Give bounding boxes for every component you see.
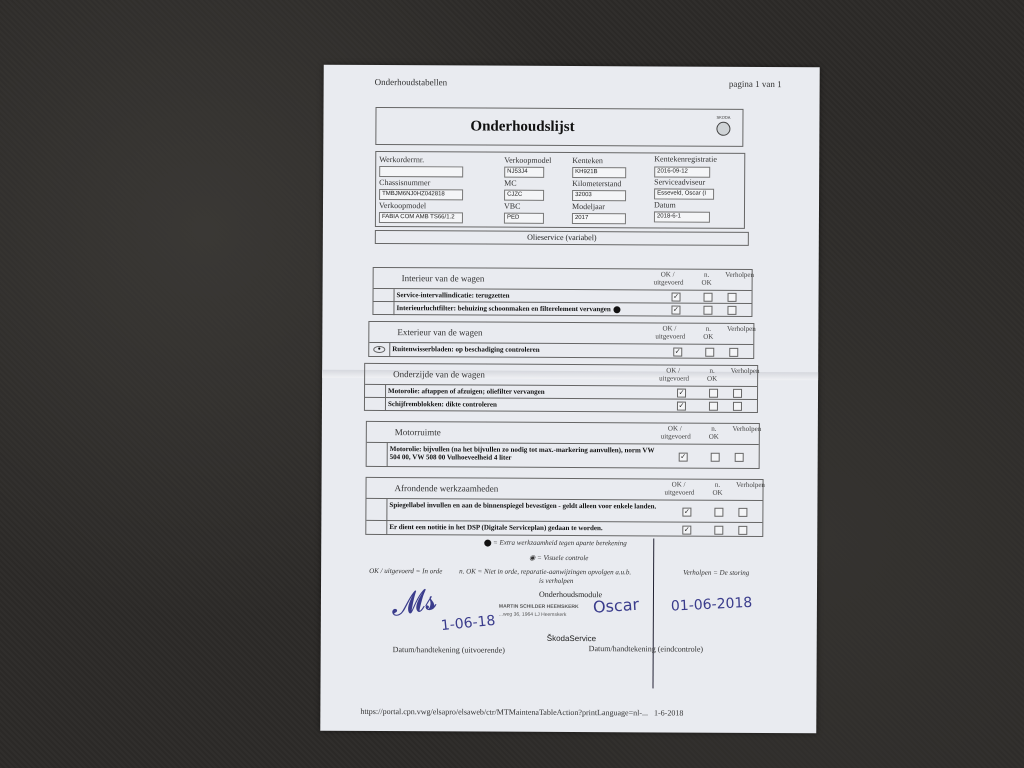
checkbox-ok[interactable]: ✓ bbox=[677, 402, 686, 411]
checkbox-nok[interactable] bbox=[714, 507, 723, 516]
label-serviceadviseur: Serviceadviseur bbox=[654, 177, 705, 186]
checkbox-fixed[interactable] bbox=[733, 402, 742, 411]
column-header-ok: OK / uitgevoerd bbox=[664, 480, 692, 496]
signature-label-left: Datum/handtekening (uitvoerende) bbox=[393, 645, 505, 655]
task-label: Schijfremblokken: dikte controleren bbox=[385, 398, 655, 412]
checkbox-ok[interactable]: ✓ bbox=[673, 347, 682, 356]
column-header-fixed: Verholpen bbox=[727, 367, 763, 375]
checkbox-nok[interactable] bbox=[714, 525, 723, 534]
extra-work-icon bbox=[614, 306, 621, 313]
checklist-row: Er dient een notitie in het DSP (Digital… bbox=[366, 520, 762, 537]
checklist-row: Motorolie: bijvullen (na het bijvullen z… bbox=[367, 442, 759, 469]
stamp-address: ...weg 36, 1964 LJ Heemskerk bbox=[499, 612, 567, 618]
checkbox-ok[interactable]: ✓ bbox=[672, 293, 681, 302]
section-title: Interieur van de wagen bbox=[402, 273, 485, 283]
task-label: Interieurluchtfilter: behuizing schoonma… bbox=[393, 302, 649, 316]
column-header-nok: n. OK bbox=[707, 425, 721, 441]
signature-left-date: 1-06-18 bbox=[440, 613, 496, 634]
legend-ok: OK / uitgevoerd = In orde bbox=[369, 567, 442, 575]
column-header-fixed: Verholpen bbox=[733, 481, 769, 489]
checklist-sections: Interieur van de wagenOK / uitgevoerdn. … bbox=[324, 65, 820, 68]
section-4: Afrondende werkzaamhedenOK / uitgevoerdn… bbox=[365, 477, 763, 537]
signature-right: Oscar bbox=[592, 595, 639, 617]
service-type: Olieservice (variabel) bbox=[375, 230, 749, 246]
checkbox-nok[interactable] bbox=[709, 402, 718, 411]
label-kentekenregistratie: Kentekenregistratie bbox=[654, 154, 717, 163]
signature-label-right: Datum/handtekening (eindcontrole) bbox=[589, 644, 703, 654]
value-kenteken: KH921B bbox=[572, 167, 626, 178]
value-kilometerstand: 32003 bbox=[572, 190, 626, 201]
checkbox-nok[interactable] bbox=[711, 452, 720, 461]
column-header-fixed: Verholpen bbox=[722, 271, 758, 279]
column-header-fixed: Verholpen bbox=[723, 325, 759, 333]
checkbox-fixed[interactable] bbox=[738, 507, 747, 516]
label-modeljaar: Modeljaar bbox=[572, 202, 605, 211]
column-header-ok: OK / uitgevoerd bbox=[655, 324, 683, 340]
section-1: Exterieur van de wagenOK / uitgevoerdn. … bbox=[368, 321, 754, 359]
value-verkoopmodel-code: NJ53J4 bbox=[504, 167, 544, 178]
extra-work-icon bbox=[484, 539, 491, 546]
vehicle-info: Werkorderrnr. Verkoopmodel NJ53J4 Kentek… bbox=[375, 151, 745, 229]
section-2: Onderzijde van de wagenOK / uitgevoerdn.… bbox=[364, 363, 758, 413]
checkbox-ok[interactable]: ✓ bbox=[677, 389, 686, 398]
title-box: Onderhoudslijst SKODA bbox=[375, 107, 743, 147]
checklist-row: Interieurluchtfilter: behuizing schoonma… bbox=[373, 301, 751, 317]
checkbox-nok[interactable] bbox=[703, 306, 712, 315]
value-mc: CJZC bbox=[504, 190, 544, 201]
checkbox-ok[interactable]: ✓ bbox=[682, 525, 691, 534]
footer-date: 1-6-2018 bbox=[654, 708, 683, 717]
value-chassisnummer: TMBJM6NJ0HZ042818 bbox=[379, 189, 463, 200]
value-datum: 2018-6-1 bbox=[654, 211, 710, 222]
label-kilometerstand: Kilometerstand bbox=[572, 179, 621, 188]
value-verkoopmodel: FABIA COM AMB TS66/1.2 bbox=[379, 212, 463, 223]
label-mc: MC bbox=[504, 179, 517, 188]
checkbox-ok[interactable]: ✓ bbox=[679, 452, 688, 461]
label-vbc: VBC bbox=[504, 202, 521, 211]
skoda-service-brand: ŠkodaService bbox=[547, 634, 596, 643]
checkbox-fixed[interactable] bbox=[738, 525, 747, 534]
legend-fixed: Verholpen = De storing bbox=[683, 569, 749, 577]
checkbox-fixed[interactable] bbox=[728, 293, 737, 302]
pen-line bbox=[652, 538, 654, 688]
maintenance-document: Onderhoudstabellen pagina 1 van 1 Onderh… bbox=[320, 65, 819, 734]
checkbox-fixed[interactable] bbox=[735, 452, 744, 461]
label-verkoopmodel: Verkoopmodel bbox=[379, 201, 426, 210]
checkbox-nok[interactable] bbox=[709, 389, 718, 398]
value-kentekenregistratie: 2016-09-12 bbox=[654, 166, 710, 177]
checkbox-fixed[interactable] bbox=[733, 389, 742, 398]
column-header-ok: OK / uitgevoerd bbox=[654, 270, 682, 286]
label-kenteken: Kenteken bbox=[572, 156, 603, 165]
footer: https://portal.cpn.vwg/elsapro/elsaweb/c… bbox=[360, 707, 683, 718]
column-header-ok: OK / uitgevoerd bbox=[659, 366, 687, 382]
visual-check-icon: ● bbox=[373, 346, 385, 353]
signature-left: 𝓜𝓼 bbox=[388, 582, 439, 624]
checkbox-ok[interactable]: ✓ bbox=[682, 507, 691, 516]
column-header-nok: n. OK bbox=[701, 325, 715, 341]
value-serviceadviseur: Esseveld, Oscar (I bbox=[654, 188, 714, 199]
value-vbc: PED bbox=[504, 213, 544, 224]
section-3: MotorruimteOK / uitgevoerdn. OKVerholpen… bbox=[366, 421, 760, 469]
label-datum: Datum bbox=[654, 200, 676, 209]
checkbox-ok[interactable]: ✓ bbox=[671, 306, 680, 315]
header-left: Onderhoudstabellen bbox=[375, 77, 448, 87]
task-label: Motorolie: bijvullen (na het bijvullen z… bbox=[387, 443, 657, 468]
section-0: Interieur van de wagenOK / uitgevoerdn. … bbox=[372, 267, 752, 317]
signature-right-date: 01-06-2018 bbox=[671, 595, 753, 615]
checkbox-nok[interactable] bbox=[705, 347, 714, 356]
label-chassisnummer: Chassisnummer bbox=[379, 178, 430, 187]
checklist-row: Schijfremblokken: dikte controleren✓ bbox=[365, 397, 757, 413]
legend-nok: n. OK = Niet in orde, reparatie-aanwijzi… bbox=[459, 567, 631, 576]
column-header-nok: n. OK bbox=[705, 367, 719, 383]
page-number: pagina 1 van 1 bbox=[729, 79, 782, 89]
column-header-nok: n. OK bbox=[710, 481, 724, 497]
skoda-logo-icon: SKODA bbox=[712, 115, 734, 136]
label-verkoopmodel-code: Verkoopmodel bbox=[504, 156, 551, 165]
value-werkorder bbox=[379, 166, 463, 177]
checklist-row: ●Ruitenwisserbladen: op beschadiging con… bbox=[369, 342, 753, 359]
column-header-nok: n. OK bbox=[700, 271, 714, 287]
checkbox-fixed[interactable] bbox=[727, 306, 736, 315]
legend-nok-2: is verholpen bbox=[539, 577, 573, 585]
label-werkorder: Werkorderrnr. bbox=[379, 155, 424, 164]
legend-visual: ◉ = Visuele controle bbox=[529, 554, 588, 562]
checklist-row: Spiegellabel invullen en aan de binnensp… bbox=[366, 498, 762, 523]
task-label: Spiegellabel invullen en aan de binnensp… bbox=[386, 499, 660, 522]
value-modeljaar: 2017 bbox=[572, 213, 626, 224]
section-title: Afrondende werkzaamheden bbox=[395, 483, 499, 494]
task-label: Ruitenwisserbladen: op beschadiging cont… bbox=[389, 343, 651, 358]
document-title: Onderhoudslijst bbox=[470, 118, 574, 136]
legend-extra: = Extra werkzaamheid tegen aparte bereke… bbox=[481, 539, 627, 548]
column-header-fixed: Verholpen bbox=[729, 425, 765, 433]
stamp-company: MARTIN SCHILDER HEEMSKERK bbox=[499, 604, 579, 610]
checkbox-fixed[interactable] bbox=[729, 347, 738, 356]
section-title: Exterieur van de wagen bbox=[397, 327, 482, 337]
footer-url: https://portal.cpn.vwg/elsapro/elsaweb/c… bbox=[360, 707, 648, 718]
checkbox-nok[interactable] bbox=[704, 293, 713, 302]
section-title: Motorruimte bbox=[395, 427, 441, 437]
eye-icon: ◉ bbox=[529, 554, 535, 562]
column-header-ok: OK / uitgevoerd bbox=[661, 424, 689, 440]
task-label: Er dient een notitie in het DSP (Digital… bbox=[386, 521, 660, 536]
section-title: Onderzijde van de wagen bbox=[393, 369, 485, 379]
